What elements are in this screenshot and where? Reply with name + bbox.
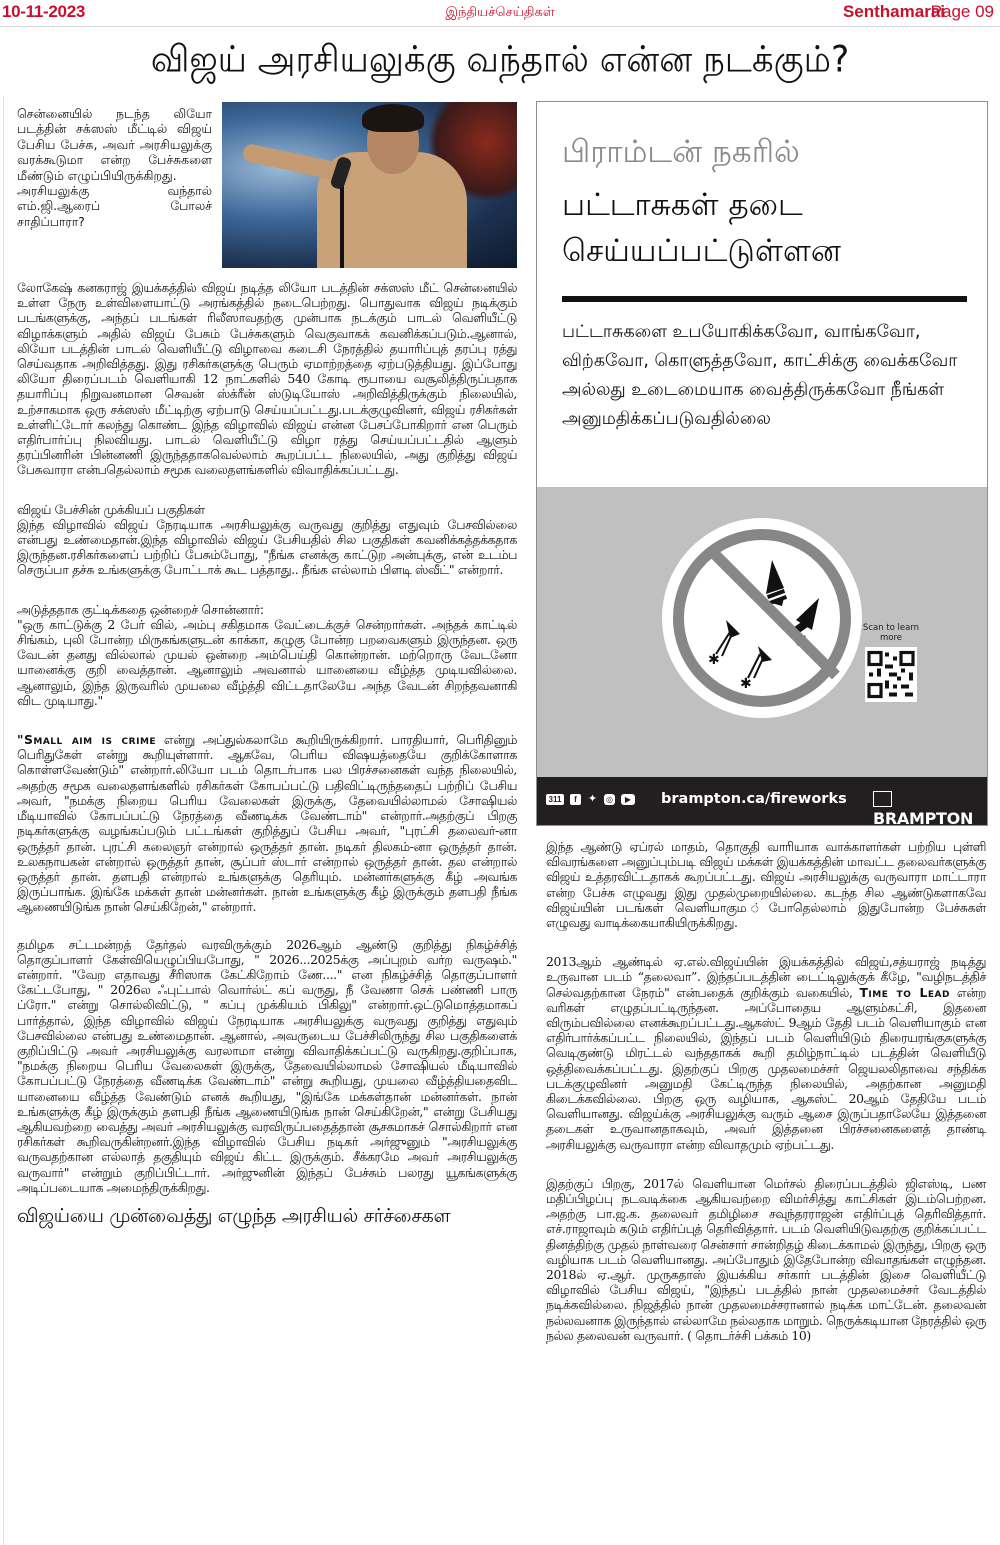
- paragraph: இந்த ஆண்டு ஏப்ரல் மாதம், தொகுதி வாரியாக …: [546, 839, 986, 930]
- prohibition-ring: ✱ ✱: [673, 529, 851, 707]
- svg-text:✱: ✱: [740, 675, 752, 691]
- no-fireworks-icon: ✱ ✱: [662, 518, 862, 718]
- brampton-logo: BRAMPTON: [873, 790, 987, 828]
- paragraph: இந்த விழாவில் விஜய் நேரடியாக அரசியலுக்கு…: [17, 517, 517, 578]
- story-text: "ஒரு காட்டுக்கு 2 பேர் வில், அம்பு சகிதம…: [17, 617, 517, 708]
- ad-graphic-panel: ✱ ✱ Scan to learn more: [537, 487, 987, 777]
- ad-footer: 311 f ✦ ◎ ▶ brampton.ca/fireworks BRAMPT…: [537, 777, 987, 825]
- brampton-fireworks-ad[interactable]: பிராம்டன் நகரில் பட்டாசுகள் தடை செய்யப்ப…: [536, 101, 988, 826]
- ad-title-line3: செய்யப்பட்டுள்ளன: [562, 228, 841, 274]
- lead-paragraph-2: அரசியலுக்கு வந்தால் எம்.ஜி.ஆரைப் போலச் ச…: [17, 183, 212, 229]
- paragraph-text: என்ற வரிகள் எழுதப்பட்டிருந்தன. அப்போதைய …: [546, 985, 986, 1152]
- lead-text: சென்னையில் நடந்த லியோ படத்தின் சக்ஸஸ் மீ…: [17, 106, 212, 229]
- twitter-icon[interactable]: ✦: [587, 794, 598, 805]
- svg-text:✱: ✱: [708, 651, 720, 667]
- ad-divider: [562, 296, 967, 302]
- story-intro: அடுத்ததாக குட்டிக்கதை ஒன்றைச் சொன்னார்:: [17, 602, 264, 617]
- lead-paragraph: சென்னையில் நடந்த லியோ படத்தின் சக்ஸஸ் மீ…: [17, 106, 212, 183]
- quote-caps: Time to Lead: [859, 985, 950, 1000]
- ad-title: பட்டாசுகள் தடை செய்யப்பட்டுள்ளன: [562, 182, 841, 274]
- paragraph: லோகேஷ் கனகராஜ் இயக்கத்தில் விஜய் நடித்த …: [17, 280, 517, 478]
- article-right-column: இந்த ஆண்டு ஏப்ரல் மாதம், தொகுதி வாரியாக …: [546, 839, 986, 1357]
- lead-section: சென்னையில் நடந்த லியோ படத்தின் சக்ஸஸ் மீ…: [17, 100, 517, 270]
- qr-code-icon[interactable]: [865, 647, 917, 702]
- story-paragraph: அடுத்ததாக குட்டிக்கதை ஒன்றைச் சொன்னார்: …: [17, 602, 517, 708]
- instagram-icon[interactable]: ◎: [604, 794, 615, 805]
- brampton-crest-icon: [873, 791, 892, 807]
- phone-311-icon[interactable]: 311: [546, 794, 564, 805]
- article-left-column: சென்னையில் நடந்த லியோ படத்தின் சக்ஸஸ் மீ…: [17, 100, 517, 1224]
- facebook-icon[interactable]: f: [570, 794, 581, 805]
- article-body-right: இந்த ஆண்டு ஏப்ரல் மாதம், தொகுதி வாரியாக …: [546, 839, 986, 1343]
- subhead: விஜய் பேச்சின் முக்கியப் பகுதிகள்: [17, 502, 205, 517]
- fireworks-icon: ✱ ✱: [684, 540, 840, 696]
- page-headline: விஜய் அரசியலுக்கு வந்தால் என்ன நடக்கும்?: [0, 38, 1000, 86]
- ad-title-line2: பட்டாசுகள் தடை: [562, 182, 841, 228]
- paragraph-with-subhead: விஜய் பேச்சின் முக்கியப் பகுதிகள் இந்த வ…: [17, 502, 517, 578]
- brand-name: BRAMPTON: [873, 809, 973, 828]
- page-header: 10-11-2023 இந்தியச்செய்திகள் Senthamarai…: [0, 0, 1000, 27]
- quote-caps: "Small aim is crime: [17, 732, 156, 747]
- qr-label: Scan to learn more: [861, 623, 921, 643]
- column-divider: [3, 96, 4, 1545]
- social-icons: 311 f ✦ ◎ ▶: [546, 794, 635, 805]
- article-photo: [222, 102, 517, 268]
- paragraph: 2013ஆம் ஆண்டில் ஏ.எல்.விஜய்யின் இயக்கத்த…: [546, 954, 986, 1152]
- speaker-hair: [362, 104, 424, 132]
- ad-message: பட்டாசுகளை உபயோகிக்கவோ, வாங்கவோ, விற்கவோ…: [562, 318, 972, 434]
- section-subhead: விஜய்யை முன்வைத்து எழுந்த அரசியல் சர்ச்ச…: [17, 1209, 517, 1224]
- ad-title-line1: பிராம்டன் நகரில்: [562, 134, 800, 174]
- paragraph-text: என்று அப்துல்கலாமே கூறியிருக்கிறார். பார…: [17, 732, 517, 914]
- page-number: Page 09: [931, 2, 994, 22]
- ad-url-link[interactable]: brampton.ca/fireworks: [661, 791, 847, 807]
- article-body-left: லோகேஷ் கனகராஜ் இயக்கத்தில் விஜய் நடித்த …: [17, 280, 517, 1224]
- paragraph: தமிழக சட்டமன்றத் தேர்தல் வரவிருக்கும் 20…: [17, 937, 517, 1195]
- paragraph: "Small aim is crime என்று அப்துல்கலாமே க…: [17, 732, 517, 914]
- paragraph: இதற்குப் பிறகு, 2017ல் வெளியான மெர்சல் த…: [546, 1176, 986, 1343]
- youtube-icon[interactable]: ▶: [621, 794, 635, 805]
